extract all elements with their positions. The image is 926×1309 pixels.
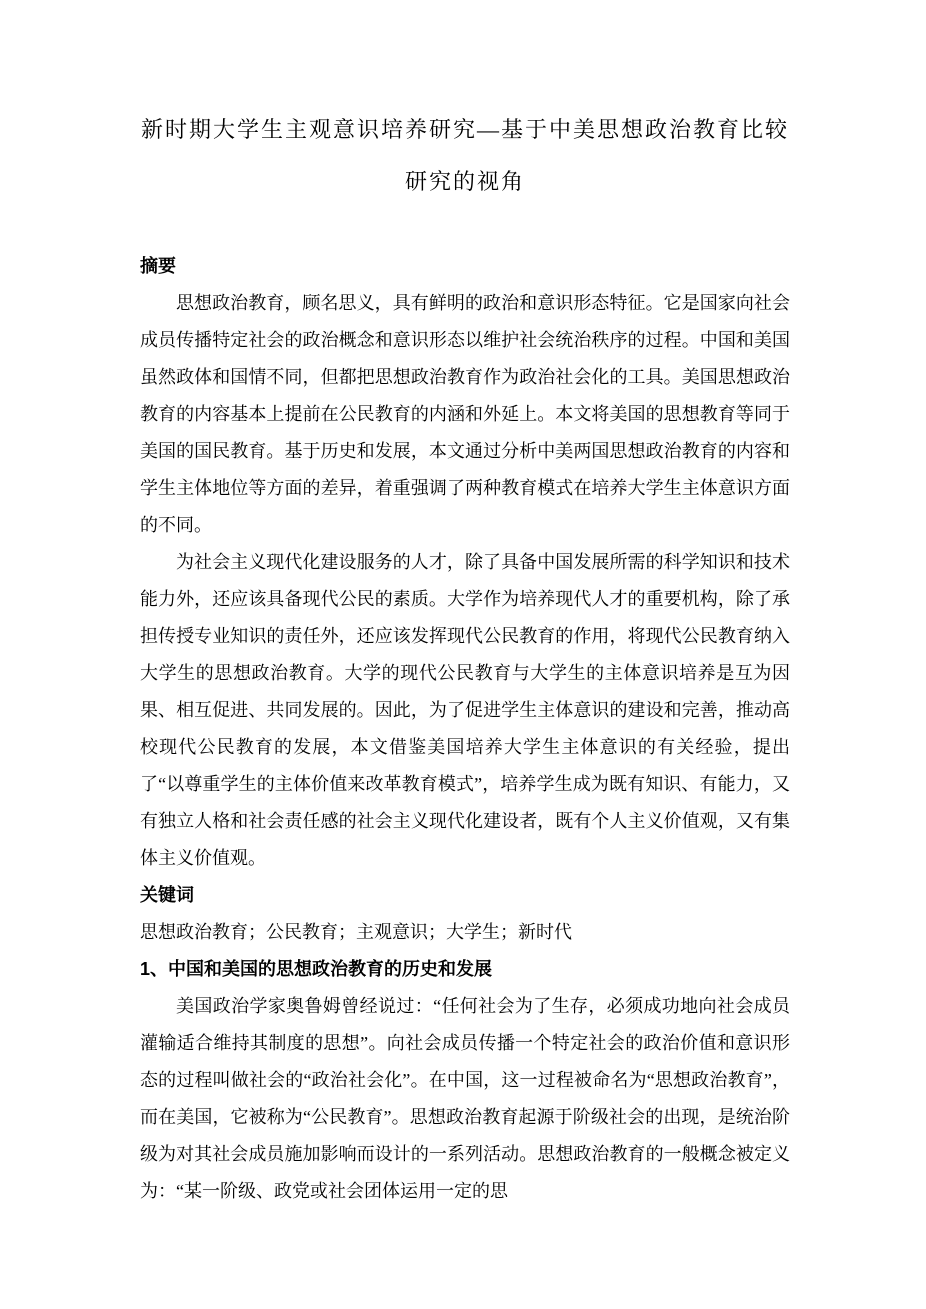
abstract-heading: 摘要	[140, 248, 790, 285]
abstract-paragraph-2: 为社会主义现代化建设服务的人才，除了具备中国发展所需的科学知识和技术能力外，还应…	[140, 544, 790, 877]
document-title: 新时期大学生主观意识培养研究—基于中美思想政治教育比较研究的视角	[140, 104, 790, 208]
section-1-heading: 1、中国和美国的思想政治教育的历史和发展	[140, 951, 790, 988]
document-page: 新时期大学生主观意识培养研究—基于中美思想政治教育比较研究的视角 摘要 思想政治…	[0, 0, 926, 1309]
keywords-heading: 关键词	[140, 877, 790, 914]
keywords-text: 思想政治教育；公民教育；主观意识；大学生；新时代	[140, 914, 790, 951]
section-1-paragraph-1: 美国政治学家奥鲁姆曾经说过：“任何社会为了生存，必须成功地向社会成员灌输适合维持…	[140, 988, 790, 1210]
abstract-paragraph-1: 思想政治教育，顾名思义，具有鲜明的政治和意识形态特征。它是国家向社会成员传播特定…	[140, 285, 790, 544]
